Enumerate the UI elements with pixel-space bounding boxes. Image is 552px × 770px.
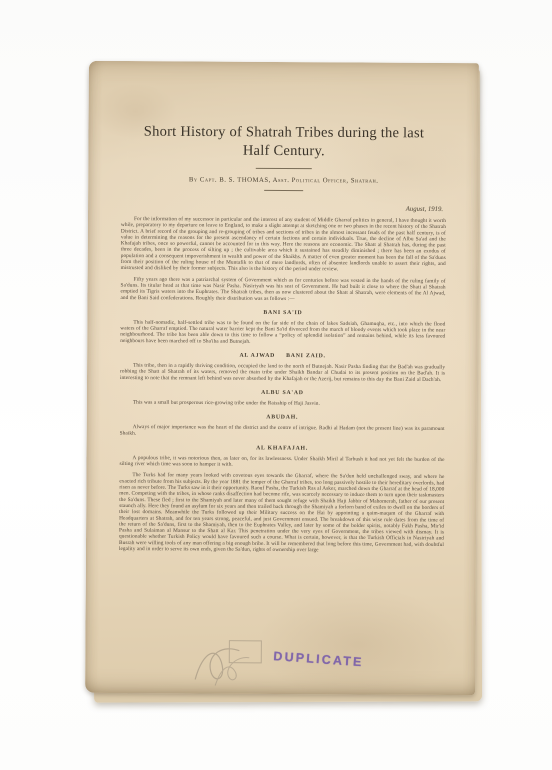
section-heading: BANI SA'ID	[120, 308, 445, 316]
photo-background: Short History of Shatrah Tribes during t…	[0, 0, 552, 770]
section-heading: ALBU SA'AD	[120, 388, 445, 396]
section-heading: ABUDAH.	[120, 413, 445, 421]
pencil-annotation	[185, 637, 267, 689]
paragraph: This tribe, then in a rapidly thriving c…	[120, 363, 445, 383]
paragraph: The Turks had for many years looked with…	[119, 472, 444, 554]
byline: By Capt. B. S. THOMAS, Asst. Political O…	[121, 175, 446, 185]
section-heading: AL AJWAD BANI ZAID.	[120, 352, 445, 360]
paragraph: For the information of my successor in p…	[121, 216, 446, 273]
paragraph: Always of major importance was the heart…	[120, 424, 445, 438]
paragraph: A populous tribe, it was notorious then,…	[119, 455, 444, 469]
page-title: Short History of Shatrah Tribes during t…	[121, 122, 446, 161]
page-title-line1: Short History of Shatrah Tribes during t…	[144, 123, 424, 141]
paragraph: This was a small but prosperous rice-gro…	[120, 399, 445, 407]
dateline: August, 1919.	[121, 203, 443, 213]
paragraph: Fifty years ago there was a patriarchal …	[120, 276, 445, 303]
section-heading: AL KHAFAJAH.	[120, 444, 445, 452]
divider-rule	[264, 190, 303, 191]
page-typeset: Short History of Shatrah Tribes during t…	[85, 61, 479, 695]
page-title-line2: Half Century.	[243, 142, 325, 159]
divider-rule	[256, 168, 312, 169]
document-page: Short History of Shatrah Tribes during t…	[85, 61, 479, 695]
paragraph: This half-nomadic, half-settled tribe wa…	[120, 319, 445, 346]
